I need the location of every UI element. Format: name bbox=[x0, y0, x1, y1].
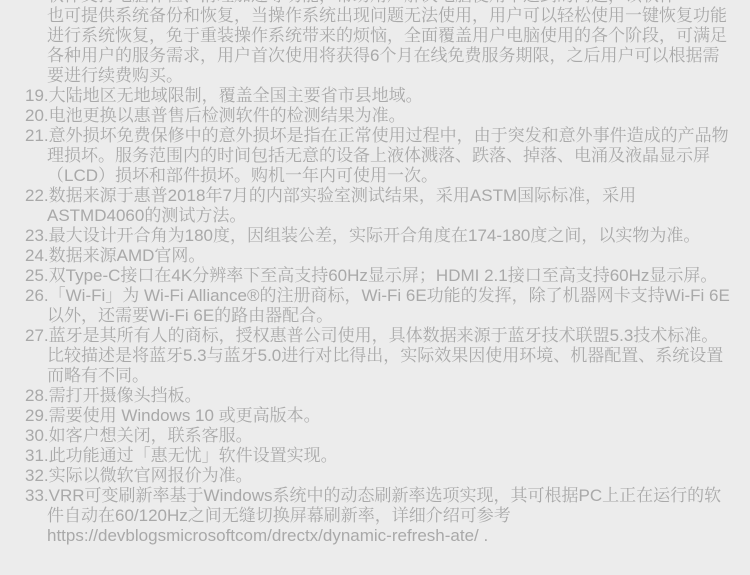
footnote-item-29: 29.需要使用 Windows 10 或更高版本。 bbox=[25, 406, 732, 426]
footnote-item-31: 31.此功能通过「惠无忧」软件设置实现。 bbox=[25, 446, 732, 466]
footnote-text: 意外损坏免费保修中的意外损坏是指在正常使用过程中，由于突发和意外事件造成的产品物… bbox=[47, 126, 729, 185]
footnote-number: 30. bbox=[25, 426, 49, 445]
footnote-number: 21. bbox=[25, 126, 49, 145]
footnote-text: 实际以微软官网报价为准。 bbox=[49, 466, 253, 485]
footnote-number: 32. bbox=[25, 466, 49, 485]
footnote-text: 数据来源于惠普2018年7月的内部实验室测试结果，采用ASTM国际标准，采用AS… bbox=[47, 186, 636, 225]
footnote-number: 19. bbox=[25, 86, 49, 105]
footnote-item-30: 30.如客户想关闭，联系客服。 bbox=[25, 426, 732, 446]
footnote-item-28: 28.需打开摄像头挡板。 bbox=[25, 386, 732, 406]
footnote-number: 24. bbox=[25, 246, 49, 265]
footnote-item-22: 22.数据来源于惠普2018年7月的内部实验室测试结果，采用ASTM国际标准，采… bbox=[25, 186, 732, 226]
footnote-text: 蓝牙是其所有人的商标，授权惠普公司使用，具体数据来源于蓝牙技术联盟5.3技术标准… bbox=[47, 326, 723, 385]
footnote-text: 「Wi-Fi」为 Wi-Fi Alliance®的注册商标，Wi-Fi 6E功能… bbox=[47, 286, 730, 325]
footnote-text: 需要使用 Windows 10 或更高版本。 bbox=[49, 406, 321, 425]
footnote-text: 如客户想关闭，联系客服。 bbox=[49, 426, 253, 445]
footnote-text: 数据来源AMD官网。 bbox=[49, 246, 206, 265]
footnote-18-continuation: 也可提供系统备份和恢复，当操作系统出现问题无法使用，用户可以轻松使用一键恢复功能… bbox=[47, 6, 732, 86]
footnote-number: 31. bbox=[25, 446, 49, 465]
footnote-text: 最大设计开合角为180度，因组装公差，实际开合角度在174-180度之间，以实物… bbox=[49, 226, 701, 245]
footnote-item-20: 20.电池更换以惠普售后检测软件的检测结果为准。 bbox=[25, 106, 732, 126]
footnote-number: 29. bbox=[25, 406, 49, 425]
footnote-number: 33. bbox=[25, 486, 49, 505]
footnote-text: 电池更换以惠普售后检测软件的检测结果为准。 bbox=[49, 106, 406, 125]
footnote-number: 25. bbox=[25, 266, 49, 285]
footnote-number: 20. bbox=[25, 106, 49, 125]
footnote-item-25: 25.双Type-C接口在4K分辨率下至高支持60Hz显示屏；HDMI 2.1接… bbox=[25, 266, 732, 286]
footnote-text: 大陆地区无地域限制，覆盖全国主要省市县地域。 bbox=[49, 86, 423, 105]
footnote-number: 26. bbox=[25, 286, 49, 305]
footnote-item-19: 19.大陆地区无地域限制，覆盖全国主要省市县地域。 bbox=[25, 86, 732, 106]
footnote-item-26: 26.「Wi-Fi」为 Wi-Fi Alliance®的注册商标，Wi-Fi 6… bbox=[25, 286, 732, 326]
footnote-list: 19.大陆地区无地域限制，覆盖全国主要省市县地域。 20.电池更换以惠普售后检测… bbox=[25, 86, 732, 546]
footnote-text: 双Type-C接口在4K分辨率下至高支持60Hz显示屏；HDMI 2.1接口至高… bbox=[49, 266, 718, 285]
footnote-text: 需打开摄像头挡板。 bbox=[49, 386, 202, 405]
footnote-item-32: 32.实际以微软官网报价为准。 bbox=[25, 466, 732, 486]
footnote-number: 23. bbox=[25, 226, 49, 245]
footnote-number: 28. bbox=[25, 386, 49, 405]
footnotes-page: 软件支持电脑体检、清理加速等功能，帮助用户解决电脑使用中遇到的问题，该软件 也可… bbox=[0, 0, 750, 546]
footnote-item-23: 23.最大设计开合角为180度，因组装公差，实际开合角度在174-180度之间，… bbox=[25, 226, 732, 246]
footnotes-screen: { "page": { "background_color": "#ececec… bbox=[0, 0, 750, 575]
footnote-item-27: 27.蓝牙是其所有人的商标，授权惠普公司使用，具体数据来源于蓝牙技术联盟5.3技… bbox=[25, 326, 732, 386]
footnote-number: 22. bbox=[25, 186, 49, 205]
footnote-text: 此功能通过「惠无忧」软件设置实现。 bbox=[49, 446, 338, 465]
footnote-text: VRR可变刷新率基于Windows系统中的动态刷新率选项实现，其可根据PC上正在… bbox=[47, 486, 721, 545]
footnote-item-21: 21.意外损坏免费保修中的意外损坏是指在正常使用过程中，由于突发和意外事件造成的… bbox=[25, 126, 732, 186]
footnote-number: 27. bbox=[25, 326, 49, 345]
footnote-item-24: 24.数据来源AMD官网。 bbox=[25, 246, 732, 266]
footnote-item-33: 33.VRR可变刷新率基于Windows系统中的动态刷新率选项实现，其可根据PC… bbox=[25, 486, 732, 546]
